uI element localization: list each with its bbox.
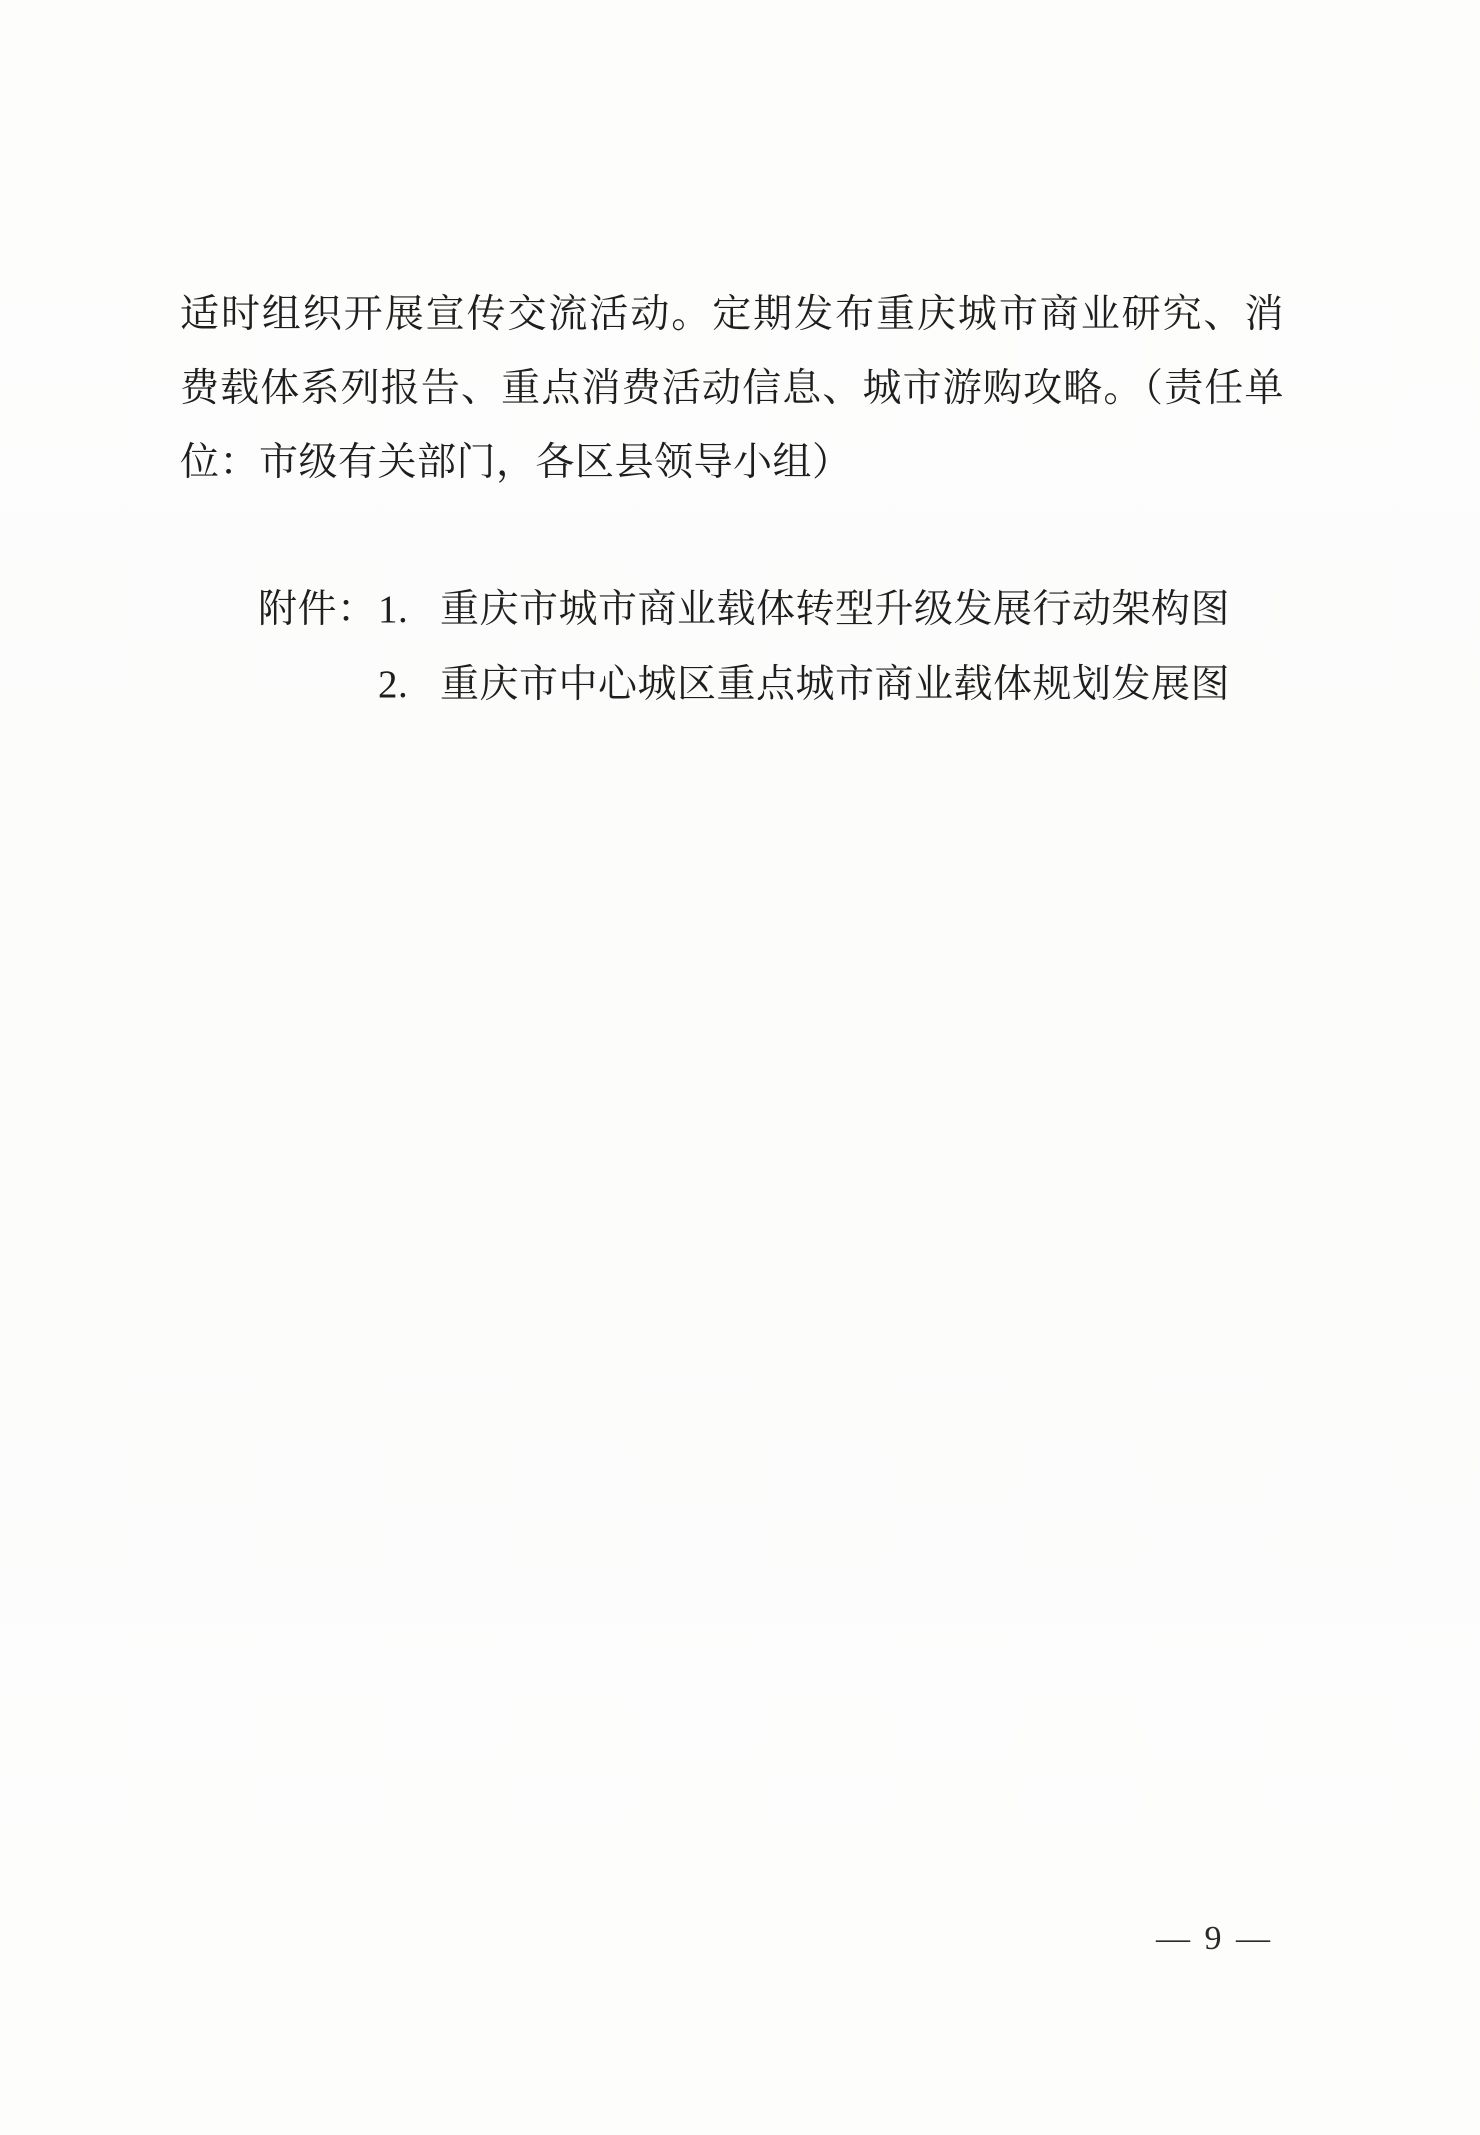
attachment-2-number: 2. [378, 647, 440, 722]
document-page: 适时组织开展宣传交流活动。定期发布重庆城市商业研究、消 费载体系列报告、重点消费… [0, 0, 1480, 2135]
body-paragraph: 适时组织开展宣传交流活动。定期发布重庆城市商业研究、消 费载体系列报告、重点消费… [180, 278, 1284, 500]
paragraph-line-3: 位：市级有关部门，各区县领导小组） [180, 426, 1284, 500]
attachment-1-title: 重庆市城市商业载体转型升级发展行动架构图 [440, 588, 1230, 631]
page-number: — 9 — [1156, 1920, 1273, 1958]
paragraph-line-1: 适时组织开展宣传交流活动。定期发布重庆城市商业研究、消 [180, 278, 1284, 352]
paragraph-line-2: 费载体系列报告、重点消费活动信息、城市游购攻略。（责任单 [180, 352, 1284, 426]
attachment-2-title: 重庆市中心城区重点城市商业载体规划发展图 [440, 663, 1230, 706]
attachments-label: 附件： [258, 572, 378, 647]
attachment-item-1: 附件：1.重庆市城市商业载体转型升级发展行动架构图 [258, 572, 1230, 647]
attachment-1-number: 1. [378, 572, 440, 647]
attachment-list: 附件：1.重庆市城市商业载体转型升级发展行动架构图 2.重庆市中心城区重点城市商… [258, 572, 1230, 722]
attachment-item-2: 2.重庆市中心城区重点城市商业载体规划发展图 [258, 647, 1230, 722]
